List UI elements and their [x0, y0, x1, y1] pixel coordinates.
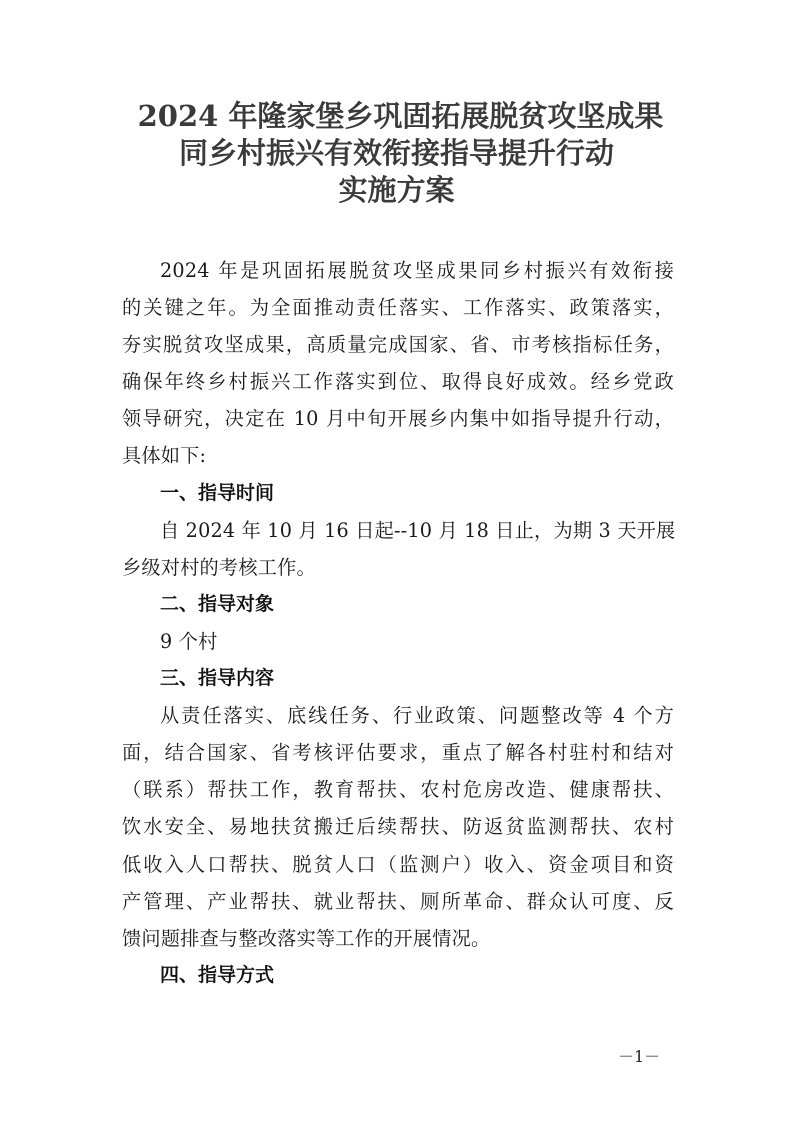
paragraph-line: 从责任落实、底线任务、行业政策、问题整改等 4 个方 [122, 697, 674, 734]
section-heading: 二、指导对象 [122, 586, 674, 623]
section-guidance-method: 四、指导方式 [122, 957, 674, 994]
paragraph-line: 乡级对村的考核工作。 [122, 549, 674, 586]
paragraph-line: 饮水安全、易地扶贫搬迁后续帮扶、防返贫监测帮扶、农村 [122, 808, 674, 845]
section-guidance-targets: 二、指导对象 9 个村 [122, 586, 674, 660]
paragraph-line: 具体如下: [122, 437, 674, 474]
paragraph-line: 馈问题排查与整改落实等工作的开展情况。 [122, 920, 674, 957]
paragraph-line: 自 2024 年 10 月 16 日起--10 月 18 日止，为期 3 天开展 [122, 512, 674, 549]
paragraph-line: 产管理、产业帮扶、就业帮扶、厕所革命、群众认可度、反 [122, 883, 674, 920]
intro-paragraph: 2024 年是巩固拓展脱贫攻坚成果同乡村振兴有效衔接 的关键之年。为全面推动责任… [122, 252, 674, 475]
paragraph-line: 夯实脱贫攻坚成果，高质量完成国家、省、市考核指标任务， [122, 326, 674, 363]
document-body: 2024 年是巩固拓展脱贫攻坚成果同乡村振兴有效衔接 的关键之年。为全面推动责任… [122, 252, 674, 994]
document-title: 2024 年隆家堡乡巩固拓展脱贫攻坚成果 同乡村振兴有效衔接指导提升行动 实施方… [0, 98, 793, 209]
title-line-2: 同乡村振兴有效衔接指导提升行动 [0, 135, 793, 172]
paragraph-line: 确保年终乡村振兴工作落实到位、取得良好成效。经乡党政 [122, 363, 674, 400]
section-heading: 三、指导内容 [122, 660, 674, 697]
paragraph-line: 面，结合国家、省考核评估要求，重点了解各村驻村和结对 [122, 734, 674, 771]
paragraph-line: 低收入人口帮扶、脱贫人口（监测户）收入、资金项目和资 [122, 846, 674, 883]
paragraph-line: （联系）帮扶工作，教育帮扶、农村危房改造、健康帮扶、 [122, 771, 674, 808]
document-page: 2024 年隆家堡乡巩固拓展脱贫攻坚成果 同乡村振兴有效衔接指导提升行动 实施方… [0, 0, 793, 1122]
paragraph-line: 领导研究，决定在 10 月中旬开展乡内集中如指导提升行动， [122, 400, 674, 437]
paragraph-line: 的关键之年。为全面推动责任落实、工作落实、政策落实， [122, 289, 674, 326]
section-heading: 四、指导方式 [122, 957, 674, 994]
title-line-1: 2024 年隆家堡乡巩固拓展脱贫攻坚成果 [4, 98, 793, 135]
section-heading: 一、指导时间 [122, 475, 674, 512]
title-line-3: 实施方案 [0, 172, 793, 209]
paragraph-line: 9 个村 [122, 623, 674, 660]
section-guidance-time: 一、指导时间 自 2024 年 10 月 16 日起--10 月 18 日止，为… [122, 475, 674, 586]
page-number: －1－ [618, 1044, 660, 1067]
section-guidance-content: 三、指导内容 从责任落实、底线任务、行业政策、问题整改等 4 个方 面，结合国家… [122, 660, 674, 957]
paragraph-line: 2024 年是巩固拓展脱贫攻坚成果同乡村振兴有效衔接 [122, 252, 674, 289]
